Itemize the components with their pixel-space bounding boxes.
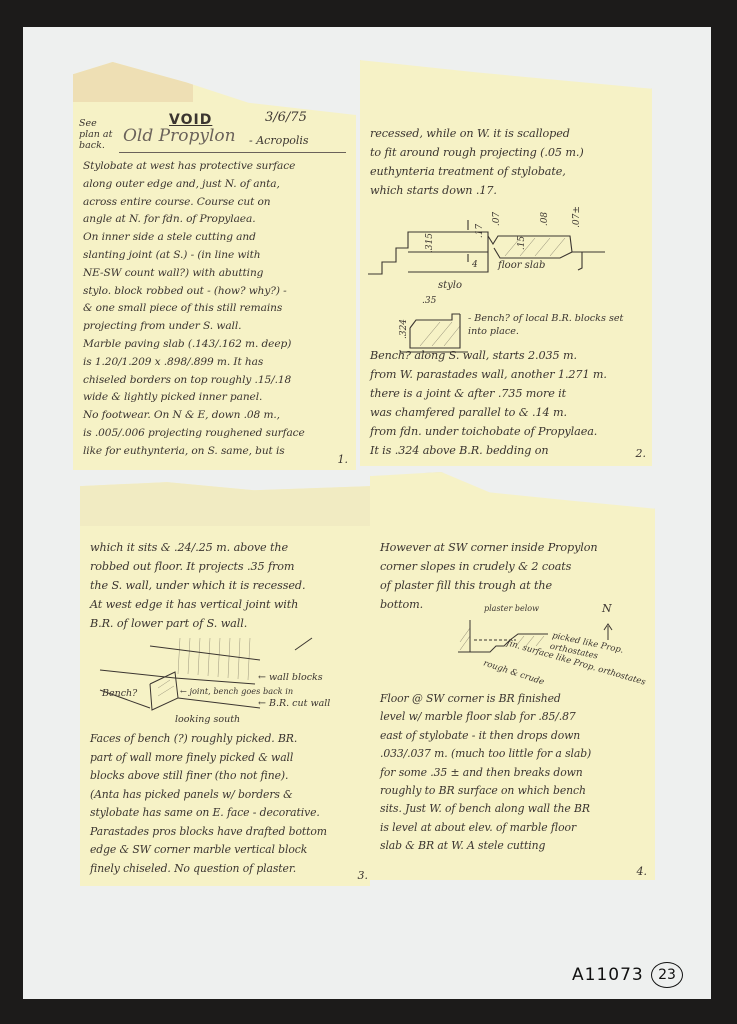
text-line: of plaster fill this trough at the bbox=[380, 576, 645, 595]
bench-caption: - Bench? of local B.R. blocks set into p… bbox=[468, 312, 638, 338]
text-line: blocks above still finer (tho not fine). bbox=[90, 767, 360, 786]
page-number: 3. bbox=[358, 869, 369, 882]
floor-slab-label: floor slab bbox=[498, 260, 545, 271]
bench-label: Bench? bbox=[102, 688, 137, 699]
page-number: 4. bbox=[637, 865, 648, 878]
text-line: along outer edge and, just N. of anta, bbox=[83, 176, 346, 194]
view-direction-label: looking south bbox=[175, 714, 240, 725]
text-line: from fdn. under toichobate of Propylaea. bbox=[370, 422, 642, 441]
dim-label: .315 bbox=[425, 233, 435, 253]
text-line: NE-SW count wall?) with abutting bbox=[83, 265, 346, 283]
text-line: across entire course. Course cut on bbox=[83, 194, 346, 212]
text-line: there is a joint & after .735 more it bbox=[370, 384, 642, 403]
card-heading: See plan at back. VOID 3/6/75 Old Propyl… bbox=[79, 112, 350, 152]
page-subtitle: - Acropolis bbox=[249, 134, 309, 147]
text-line: On inner side a stele cutting and bbox=[83, 229, 346, 247]
text-line: robbed out floor. It projects .35 from bbox=[90, 557, 360, 576]
text-line: edge & SW corner marble vertical block bbox=[90, 841, 360, 860]
text-line: to fit around rough projecting (.05 m.) bbox=[370, 143, 642, 162]
note-card-2: recessed, while on W. it is scalloped to… bbox=[360, 56, 652, 466]
dim-label: .15 bbox=[517, 236, 527, 250]
note-date: 3/6/75 bbox=[265, 110, 307, 125]
card-text: Stylobate at west has protective surface… bbox=[73, 158, 356, 461]
text-line: No footwear. On N & E, down .08 m., bbox=[83, 407, 346, 425]
text-line: is .005/.006 projecting roughened surfac… bbox=[83, 425, 346, 443]
title-underline bbox=[119, 152, 346, 153]
text-line: wide & lightly picked inner panel. bbox=[83, 389, 346, 407]
text-line: corner slopes in crudely & 2 coats bbox=[380, 557, 645, 576]
text-line: euthynteria treatment of stylobate, bbox=[370, 162, 642, 181]
dim-label: 4 bbox=[472, 260, 478, 270]
dim-label: .08 bbox=[540, 212, 550, 226]
card-text-top: which it sits & .24/.25 m. above the rob… bbox=[80, 538, 370, 633]
north-arrow-label: N bbox=[602, 602, 612, 615]
br-cut-wall-label: ← B.R. cut wall bbox=[258, 698, 330, 709]
text-line: roughly to BR surface on which bench bbox=[380, 782, 645, 800]
card-text-top: recessed, while on W. it is scalloped to… bbox=[360, 124, 652, 200]
joint-label: ← joint, bench goes back in bbox=[180, 686, 293, 696]
stylo-label: stylo bbox=[438, 280, 462, 291]
text-line: angle at N. for fdn. of Propylaea. bbox=[83, 211, 346, 229]
card-text-bottom: Bench? along S. wall, starts 2.035 m. fr… bbox=[360, 346, 652, 460]
text-line: for some .35 ± and then breaks down bbox=[380, 764, 645, 782]
text-line: is level at about elev. of marble floor bbox=[380, 819, 645, 837]
text-line: recessed, while on W. it is scalloped bbox=[370, 124, 642, 143]
text-line: Marble paving slab (.143/.162 m. deep) bbox=[83, 336, 346, 354]
dim-label: .324 bbox=[399, 319, 409, 339]
text-line: like for euthynteria, on S. same, but is bbox=[83, 443, 346, 461]
text-line: east of stylobate - it then drops down bbox=[380, 727, 645, 745]
text-line: (Anta has picked panels w/ borders & bbox=[90, 786, 360, 805]
text-line: & one small piece of this still remains bbox=[83, 300, 346, 318]
text-line: However at SW corner inside Propylon bbox=[380, 538, 645, 557]
text-line: part of wall more finely picked & wall bbox=[90, 749, 360, 768]
see-plan-note: See plan at back. bbox=[79, 118, 119, 151]
text-line: slanting joint (at S.) - (in line with bbox=[83, 247, 346, 265]
note-card-3: which it sits & .24/.25 m. above the rob… bbox=[80, 478, 370, 886]
text-line: finely chiseled. No question of plaster. bbox=[90, 860, 360, 879]
text-line: Parastades pros blocks have drafted bott… bbox=[90, 823, 360, 842]
archive-id: A11073 bbox=[572, 965, 644, 985]
text-line: Floor @ SW corner is BR finished bbox=[380, 690, 645, 708]
text-line: from W. parastades wall, another 1.271 m… bbox=[370, 365, 642, 384]
text-line: .033/.037 m. (much too little for a slab… bbox=[380, 745, 645, 763]
dim-label: .17 bbox=[475, 224, 485, 238]
page-title: Old Propylon bbox=[123, 126, 236, 146]
text-line: At west edge it has vertical joint with bbox=[90, 595, 360, 614]
text-line: chiseled borders on top roughly .15/.18 bbox=[83, 372, 346, 390]
bench-perspective-sketch bbox=[80, 628, 370, 728]
page-number: 2. bbox=[636, 447, 647, 460]
archive-sheet-number: 23 bbox=[651, 962, 683, 988]
card-text-bottom: Floor @ SW corner is BR finished level w… bbox=[370, 690, 655, 856]
text-line: stylobate has same on E. face - decorati… bbox=[90, 804, 360, 823]
text-line: slab & BR at W. A stele cutting bbox=[380, 837, 645, 855]
wall-blocks-label: ← wall blocks bbox=[258, 672, 323, 683]
text-line: It is .324 above B.R. bedding on bbox=[370, 441, 642, 460]
note-card-4: However at SW corner inside Propylon cor… bbox=[370, 472, 655, 880]
text-line: level w/ marble floor slab for .85/.87 bbox=[380, 708, 645, 726]
dim-label: .35 bbox=[422, 296, 436, 306]
text-line: Bench? along S. wall, starts 2.035 m. bbox=[370, 346, 642, 365]
plaster-label: plaster below bbox=[484, 604, 539, 613]
page-number: 1. bbox=[338, 453, 349, 466]
text-line: which it sits & .24/.25 m. above the bbox=[90, 538, 360, 557]
text-line: Faces of bench (?) roughly picked. BR. bbox=[90, 730, 360, 749]
dim-label: .07 bbox=[492, 212, 502, 226]
text-line: Stylobate at west has protective surface bbox=[83, 158, 346, 176]
text-line: stylo. block robbed out - (how? why?) - bbox=[83, 283, 346, 301]
card-text-bottom: Faces of bench (?) roughly picked. BR. p… bbox=[80, 730, 370, 878]
card-text-top: However at SW corner inside Propylon cor… bbox=[370, 538, 655, 614]
text-line: projecting from under S. wall. bbox=[83, 318, 346, 336]
note-card-1: See plan at back. VOID 3/6/75 Old Propyl… bbox=[73, 62, 356, 470]
text-line: was chamfered parallel to & .14 m. bbox=[370, 403, 642, 422]
dim-label: .07± bbox=[572, 206, 582, 228]
text-line: sits. Just W. of bench along wall the BR bbox=[380, 800, 645, 818]
text-line: is 1.20/1.209 x .898/.899 m. It has bbox=[83, 354, 346, 372]
text-line: the S. wall, under which it is recessed. bbox=[90, 576, 360, 595]
